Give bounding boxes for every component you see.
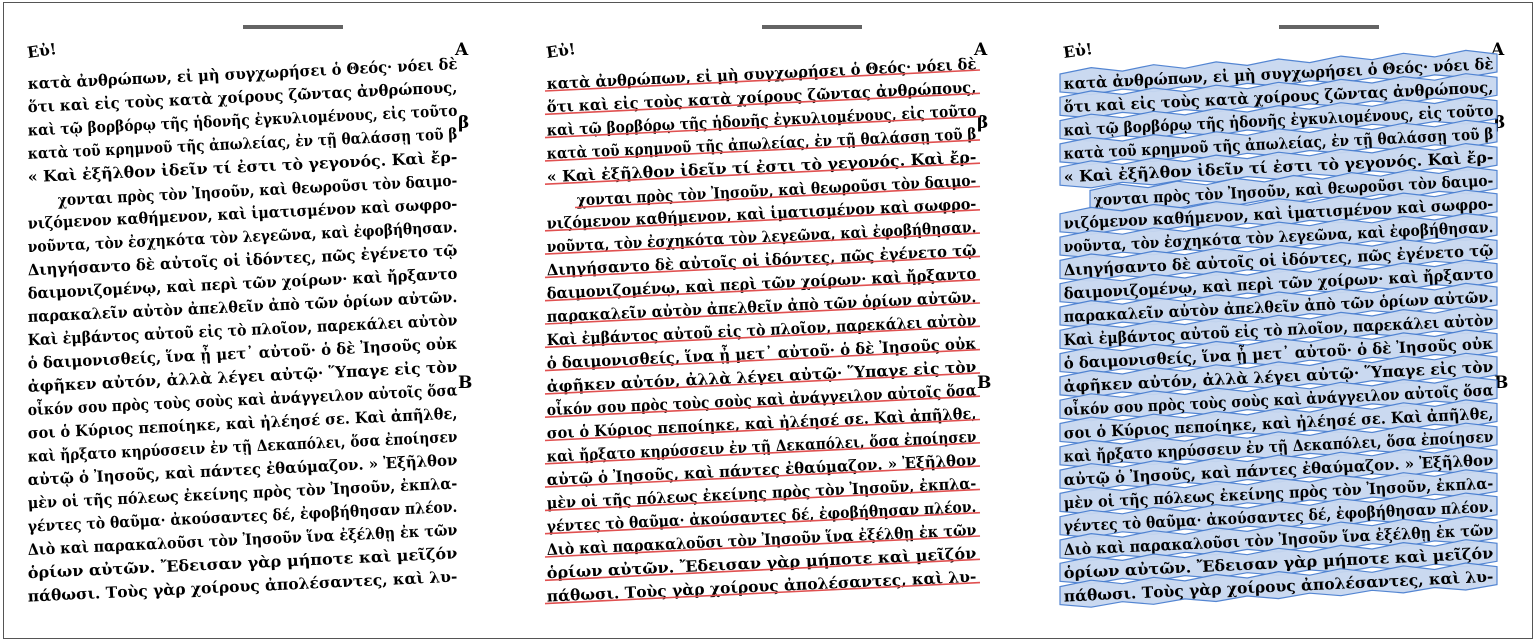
margin-letter: β (458, 113, 469, 133)
header-mark: Εὐ! (26, 39, 58, 62)
original-canvas: Εὐ!ΑβΒκατὰ ἀνθρώπων, εἰ μὴ συγχωρήσει ὁ … (18, 3, 488, 623)
margin-letter: Β (977, 373, 991, 393)
panel-polygons: Εὐ!ΑβΒκατὰ ἀνθρώπων, εἰ μὴ συγχωρήσει ὁ … (1054, 3, 1524, 623)
figure-frame: Εὐ!ΑβΒκατὰ ἀνθρώπων, εἰ μὴ συγχωρήσει ὁ … (3, 2, 1533, 639)
header-mark: Εὐ! (545, 39, 577, 62)
header-mark: Εὐ! (1062, 39, 1094, 62)
baselines-canvas: Εὐ!ΑβΒκατὰ ἀνθρώπων, εἰ μὴ συγχωρήσει ὁ … (537, 3, 1007, 623)
panel-original: Εὐ!ΑβΒκατὰ ἀνθρώπων, εἰ μὴ συγχωρήσει ὁ … (18, 3, 488, 623)
margin-letter: Β (458, 373, 472, 393)
panel-baselines: Εὐ!ΑβΒκατὰ ἀνθρώπων, εἰ μὴ συγχωρήσει ὁ … (537, 3, 1007, 623)
polygons-canvas: Εὐ!ΑβΒκατὰ ἀνθρώπων, εἰ μὴ συγχωρήσει ὁ … (1054, 3, 1524, 623)
